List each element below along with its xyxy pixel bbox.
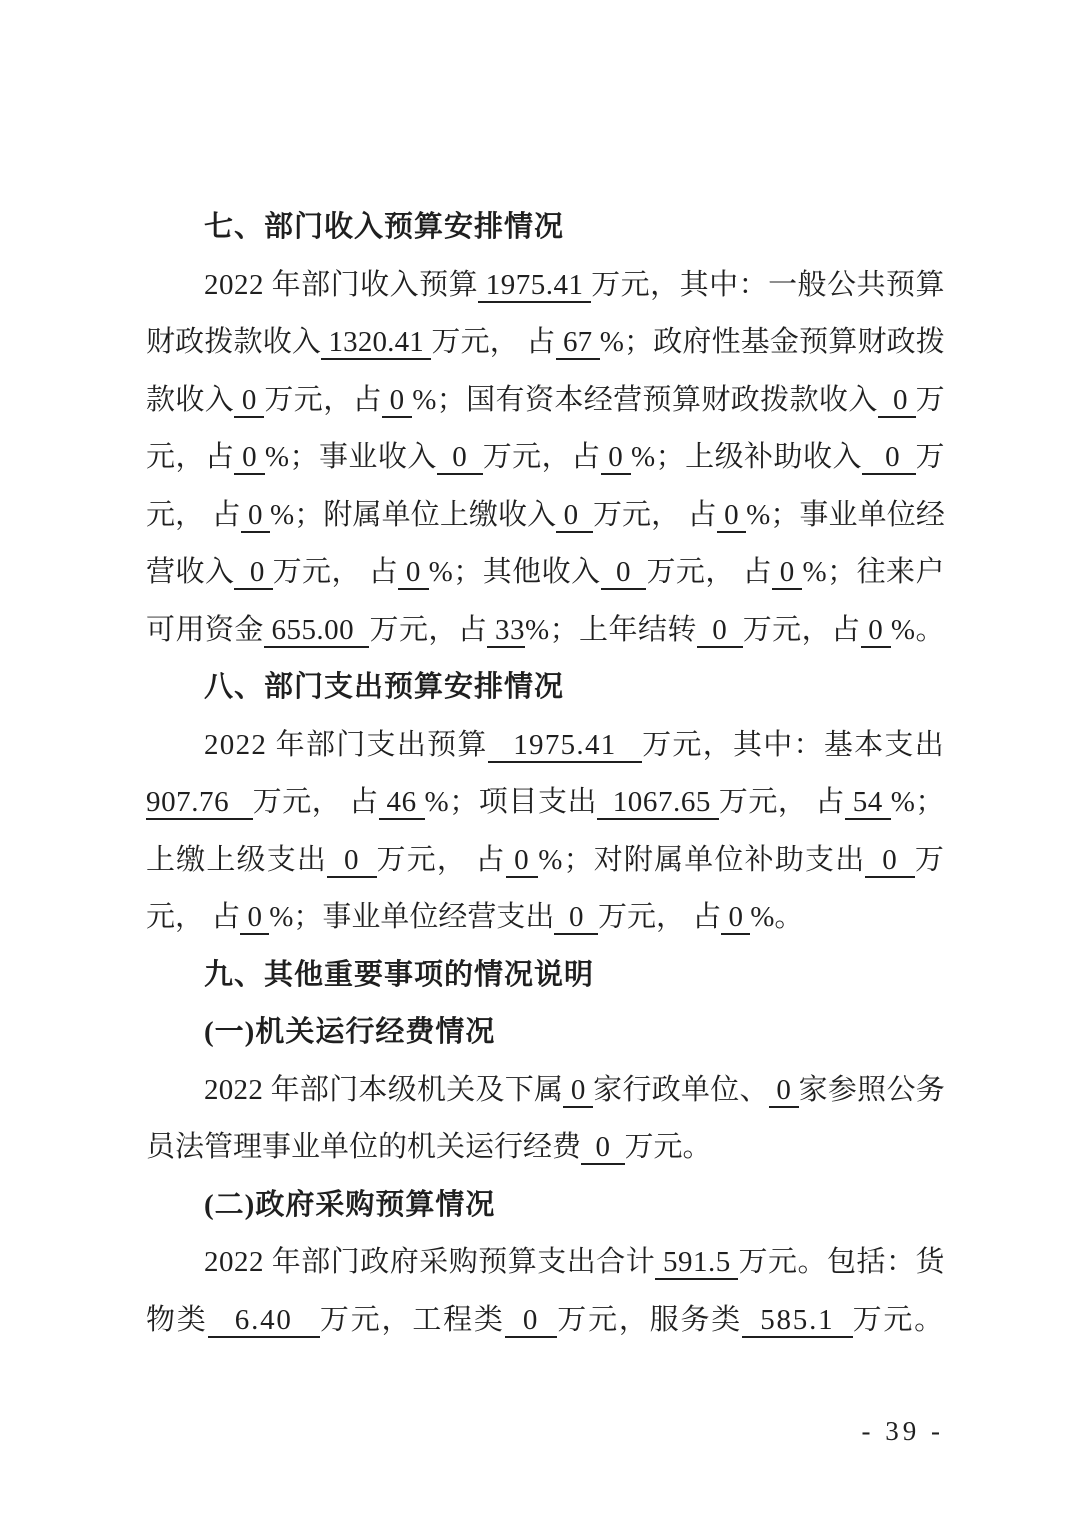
text-line: 财政拨款收入 1320.41 万元， 占 67 %；政府性基金预算财政拨: [146, 314, 945, 372]
operating-expense-paragraph: 2022 年部门本级机关及下属 0 家行政单位、 0 家参照公务员法管理事业单位…: [146, 1062, 945, 1177]
underlined-value: 0: [327, 844, 376, 878]
text-segment: 家行政单位、: [593, 1074, 769, 1106]
text-line: 907.76 万元， 占 46 %；项目支出 1067.65 万元， 占 54 …: [146, 774, 945, 832]
text-segment: %；事业单位经: [746, 499, 945, 531]
underlined-value: 0: [697, 614, 743, 648]
procurement-budget-paragraph: 2022 年部门政府采购预算支出合计 591.5 万元。包括：货物类 6.40 …: [146, 1234, 945, 1349]
underlined-value: 1975.41: [478, 269, 591, 303]
subsection-1-heading: (一)机关运行经费情况: [146, 1004, 945, 1062]
text-segment: 万: [916, 384, 945, 416]
underlined-value: 0: [772, 556, 802, 590]
underlined-value: 0: [437, 441, 483, 475]
text-line: 元， 占 0 %；事业单位经营支出 0 万元， 占 0 %。: [146, 889, 945, 947]
text-line: 款收入 0 万元，占 0 %；国有资本经营预算财政拨款收入 0 万: [146, 372, 945, 430]
subsection-2-heading: (二)政府采购预算情况: [146, 1177, 945, 1235]
underlined-value: 0: [717, 499, 746, 533]
text-segment: 2022 年部门本级机关及下属: [204, 1074, 563, 1106]
underlined-value: 0: [878, 384, 916, 418]
document-page: 七、部门收入预算安排情况2022 年部门收入预算 1975.41 万元，其中：一…: [0, 0, 1074, 1520]
text-segment: 家参照公务: [799, 1074, 945, 1106]
underlined-value: 6.40: [208, 1304, 320, 1338]
text-segment: 万元， 占: [598, 901, 721, 933]
text-segment: 员法管理事业单位的机关运行经费: [146, 1131, 581, 1163]
underlined-value: 46: [379, 786, 425, 820]
text-segment: %；政府性基金预算财政拨: [600, 326, 945, 358]
text-segment: %。: [750, 901, 803, 933]
text-segment: %；项目支出: [425, 786, 598, 818]
underlined-value: 1320.41: [321, 326, 431, 360]
text-segment: 款收入: [146, 384, 234, 416]
section-7-heading: 七、部门收入预算安排情况: [146, 199, 945, 257]
underlined-value: 0: [382, 384, 412, 418]
underlined-value: 0: [861, 614, 891, 648]
underlined-value: 67: [556, 326, 600, 360]
text-segment: 元， 占: [146, 901, 240, 933]
text-segment: %；事业收入: [265, 441, 437, 473]
underlined-value: 0: [234, 556, 272, 590]
text-segment: %；对附属单位补助支出: [538, 844, 865, 876]
underlined-value: 1067.65: [597, 786, 719, 820]
text-segment: 万元，占: [369, 614, 487, 646]
text-segment: 万元， 占: [719, 786, 845, 818]
expenditure-budget-paragraph: 2022 年部门支出预算 1975.41 万元，其中：基本支出907.76 万元…: [146, 717, 945, 947]
underlined-value: 0: [234, 441, 264, 475]
text-segment: 万元， 占: [253, 786, 379, 818]
text-segment: %；上级补助收入: [631, 441, 862, 473]
text-segment: %；附属单位上缴收入: [270, 499, 556, 531]
underlined-value: 1975.41: [488, 729, 642, 763]
text-segment: 可用资金: [146, 614, 264, 646]
text-segment: 元， 占: [146, 499, 241, 531]
underlined-value: 907.76: [146, 786, 253, 820]
text-line: 可用资金 655.00 万元，占 33%；上年结转 0 万元，占 0 %。: [146, 602, 945, 660]
page-number: - 39 -: [862, 1416, 944, 1447]
underlined-value: 33: [487, 614, 525, 648]
underlined-value: 0: [241, 499, 270, 533]
text-line: 2022 年部门政府采购预算支出合计 591.5 万元。包括：货: [146, 1234, 945, 1292]
text-segment: 万元，占: [264, 384, 382, 416]
text-line: 物类 6.40 万元，工程类 0 万元，服务类 585.1 万元。: [146, 1292, 945, 1350]
text-segment: 万元， 占: [593, 499, 717, 531]
text-segment: 万: [916, 441, 945, 473]
underlined-value: 54: [845, 786, 891, 820]
text-line: 员法管理事业单位的机关运行经费 0 万元。: [146, 1119, 945, 1177]
text-segment: 万元，占: [743, 614, 861, 646]
underlined-value: 0: [721, 901, 750, 935]
underlined-value: 591.5: [655, 1246, 738, 1280]
text-segment: 万元， 占: [646, 556, 772, 588]
underlined-value: 655.00: [264, 614, 370, 648]
text-line: 元， 占 0 %；附属单位上缴收入 0 万元， 占 0 %；事业单位经: [146, 487, 945, 545]
text-segment: 元，占: [146, 441, 234, 473]
underlined-value: 0: [505, 1304, 558, 1338]
text-segment: 万元， 占: [377, 844, 506, 876]
underlined-value: 0: [556, 499, 593, 533]
text-segment: %。: [891, 614, 945, 646]
section-8-heading: 八、部门支出预算安排情况: [146, 659, 945, 717]
text-line: 上缴上级支出 0 万元， 占 0 %；对附属单位补助支出 0 万: [146, 832, 945, 890]
text-segment: %；上年结转: [525, 614, 697, 646]
text-segment: %；其他收入: [429, 556, 601, 588]
underlined-value: 0: [581, 1131, 625, 1165]
text-line: 2022 年部门支出预算 1975.41 万元，其中：基本支出: [146, 717, 945, 775]
text-segment: 万元，占: [483, 441, 601, 473]
text-segment: 2022 年部门支出预算: [204, 729, 488, 761]
underlined-value: 0: [601, 556, 647, 590]
text-segment: 万元， 占: [431, 326, 555, 358]
text-line: 2022 年部门收入预算 1975.41 万元，其中：一般公共预算: [146, 257, 945, 315]
underlined-value: 0: [865, 844, 914, 878]
underlined-value: 0: [240, 901, 269, 935]
text-segment: 万元， 占: [273, 556, 399, 588]
text-segment: 万元。: [853, 1304, 945, 1336]
text-segment: 万元，其中：基本支出: [642, 729, 945, 761]
income-budget-paragraph: 2022 年部门收入预算 1975.41 万元，其中：一般公共预算财政拨款收入 …: [146, 257, 945, 660]
underlined-value: 0: [554, 901, 598, 935]
underlined-value: 0: [769, 1074, 799, 1108]
text-segment: 物类: [146, 1304, 208, 1336]
underlined-value: 585.1: [742, 1304, 852, 1338]
text-segment: 万元，服务类: [557, 1304, 742, 1336]
text-segment: 上缴上级支出: [146, 844, 327, 876]
underlined-value: 0: [862, 441, 916, 475]
text-segment: %；事业单位经营支出: [269, 901, 554, 933]
text-line: 元，占 0 %；事业收入 0 万元，占 0 %；上级补助收入 0 万: [146, 429, 945, 487]
text-segment: 2022 年部门政府采购预算支出合计: [204, 1246, 655, 1278]
underlined-value: 0: [398, 556, 428, 590]
text-segment: 万: [915, 844, 945, 876]
underlined-value: 0: [601, 441, 631, 475]
text-segment: 财政拨款收入: [146, 326, 321, 358]
text-segment: %；: [891, 786, 945, 818]
text-line: 2022 年部门本级机关及下属 0 家行政单位、 0 家参照公务: [146, 1062, 945, 1120]
text-segment: 万元，其中：一般公共预算: [591, 269, 945, 301]
text-segment: 万元。包括：货: [738, 1246, 945, 1278]
section-9-heading: 九、其他重要事项的情况说明: [146, 947, 945, 1005]
text-segment: %；往来户: [802, 556, 945, 588]
underlined-value: 0: [506, 844, 539, 878]
text-segment: 营收入: [146, 556, 234, 588]
text-segment: %；国有资本经营预算财政拨款收入: [412, 384, 878, 416]
underlined-value: 0: [563, 1074, 593, 1108]
text-line: 营收入 0 万元， 占 0 %；其他收入 0 万元， 占 0 %；往来户: [146, 544, 945, 602]
text-segment: 万元。: [625, 1131, 712, 1163]
text-segment: 2022 年部门收入预算: [204, 269, 478, 301]
text-segment: 万元，工程类: [320, 1304, 505, 1336]
underlined-value: 0: [234, 384, 264, 418]
document-body: 七、部门收入预算安排情况2022 年部门收入预算 1975.41 万元，其中：一…: [146, 199, 945, 1349]
